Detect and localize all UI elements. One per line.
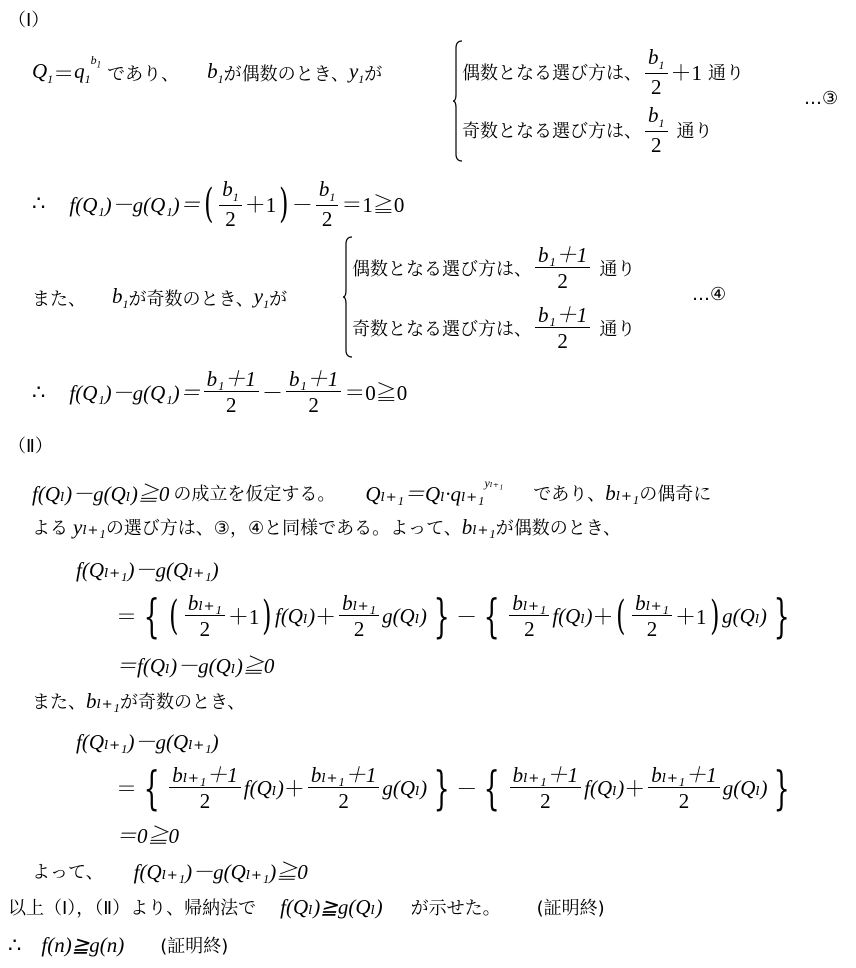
- text: が: [364, 60, 382, 86]
- section-1-line-2: ∴ f(Q₁)－g(Q₁)＝ ( b1 2 ＋1 ) － b1 2 ＝1≧0: [32, 178, 404, 230]
- right-brace: }: [433, 593, 449, 639]
- math-expr: g(Qₗ): [382, 776, 427, 801]
- fraction: b₁＋1 2: [204, 368, 259, 416]
- equation-ref-4: …④: [692, 284, 726, 305]
- text: が奇数のとき、: [129, 285, 254, 311]
- text: が: [269, 285, 287, 311]
- text: 奇数となる選び方は、: [352, 315, 532, 341]
- text: 通り: [599, 315, 635, 341]
- fraction: bₗ₊₁＋12: [308, 764, 379, 812]
- math-y1: y1: [254, 284, 269, 312]
- section-1-line-3: また、 b1 が奇数のとき、 y1 が: [32, 284, 287, 312]
- fraction: b₁＋1 2: [535, 244, 590, 292]
- math-expr: f(Qₗ): [552, 604, 592, 629]
- right-paren: ): [262, 596, 271, 636]
- math-result: ＝0≧0: [344, 377, 407, 407]
- text: 通り: [599, 255, 635, 281]
- left-brace: {: [144, 593, 160, 639]
- text: が偶数のとき、: [496, 514, 621, 540]
- text: ＋: [624, 773, 645, 803]
- right-brace: }: [434, 765, 450, 811]
- math-expr: f(Qₗ₊₁)－g(Qₗ₊₁)≧0: [134, 856, 308, 886]
- text: であり、: [533, 480, 605, 506]
- therefore-symbol: ∴: [8, 933, 21, 958]
- text: であり、: [107, 60, 179, 86]
- case-even-2: 偶数となる選び方は、 b₁＋1 2 通り: [352, 244, 635, 292]
- math-expr: f(Qₗ): [244, 776, 284, 801]
- proof-end-mark: (証明終): [537, 894, 605, 920]
- text: ＝: [116, 601, 137, 631]
- text: の選び方は、③，④と同様である。よって、: [106, 514, 462, 540]
- odd-case-lhs: f(Qₗ₊₁)－g(Qₗ₊₁): [76, 726, 219, 756]
- math-expr: g(Qₗ): [723, 776, 768, 801]
- math-expr: bₗ₊₁: [86, 689, 120, 714]
- section-1-line-4: ∴ f(Q₁)－g(Q₁)＝ b₁＋1 2 － b₁＋1 2 ＝0≧0: [32, 368, 407, 416]
- text: の偶奇に: [639, 480, 711, 506]
- math-b1: b1: [207, 59, 224, 87]
- math-y1: y1: [349, 59, 364, 87]
- section-1-line-1: Q1 ＝ q1b1 であり、 b1 が偶数のとき、 y1 が: [32, 58, 382, 88]
- math-b1: b1: [112, 284, 129, 312]
- section-2-label: （Ⅱ）: [8, 432, 53, 458]
- fraction: bₗ₊₁＋12: [169, 764, 240, 812]
- left-brace: {: [144, 765, 160, 811]
- section-2-conclusion: よって、 f(Qₗ₊₁)－g(Qₗ₊₁)≧0: [32, 856, 308, 886]
- equals: ＝: [53, 58, 74, 88]
- fraction: b1 2: [316, 178, 339, 230]
- left-brace: {: [484, 593, 500, 639]
- text: が示せた。: [411, 894, 501, 920]
- text: 以上（Ⅰ），（Ⅱ）より、帰納法で: [8, 894, 256, 920]
- left-paren: (: [617, 596, 626, 636]
- odd-case-expansion: ＝ { bₗ₊₁＋12 f(Qₗ) ＋ bₗ₊₁＋12 g(Qₗ) } － { …: [116, 764, 797, 812]
- text: また、: [32, 285, 86, 311]
- fraction: b₁＋1 2: [286, 368, 341, 416]
- fraction: b1 2: [645, 46, 668, 98]
- right-paren: ): [279, 184, 288, 224]
- text: よって、: [32, 858, 104, 884]
- text: ＝: [116, 773, 137, 803]
- right-brace: }: [774, 765, 790, 811]
- text: －: [456, 601, 477, 631]
- right-paren: ): [710, 596, 719, 636]
- text: ＋1: [671, 57, 703, 87]
- math-expr: yₗ₊₁: [73, 515, 106, 540]
- text: よる: [32, 514, 68, 540]
- text: －: [262, 377, 283, 407]
- math-expr: f(Qₗ): [275, 604, 315, 629]
- fraction: b1 2: [219, 178, 242, 230]
- text: 偶数となる選び方は、: [352, 255, 532, 281]
- even-case-result: ＝f(Qₗ)－g(Qₗ)≧0: [116, 650, 274, 680]
- therefore-symbol: ∴: [32, 191, 45, 216]
- fraction: b1 2: [645, 104, 668, 156]
- math-expr: f(Q₁)－g(Q₁)＝: [69, 189, 200, 219]
- final-line-2: ∴ f(n)≧g(n) (証明終): [8, 932, 228, 958]
- even-case-lhs: f(Qₗ₊₁)－g(Qₗ₊₁): [76, 554, 219, 584]
- math-expr: Qₗ₊₁＝Qₗ·qₗ₊₁: [365, 478, 484, 508]
- text: ＋1: [228, 601, 260, 631]
- text: の成立を仮定する。: [173, 480, 335, 506]
- text: 通り: [677, 117, 713, 143]
- math-expr: g(Qₗ): [382, 604, 427, 629]
- text: ＋1: [675, 601, 707, 631]
- fraction: bₗ₊₁2: [632, 592, 672, 640]
- text: －: [456, 773, 477, 803]
- text: ＋: [315, 601, 336, 631]
- fraction: bₗ₊₁2: [509, 592, 549, 640]
- text: が奇数のとき、: [120, 688, 245, 714]
- left-paren: (: [204, 184, 213, 224]
- case-even-1: 偶数となる選び方は、 b1 2 ＋1 通り: [462, 46, 744, 98]
- text: 偶数となる選び方は、: [462, 59, 642, 85]
- math-expr: f(Q₁)－g(Q₁)＝: [69, 377, 200, 407]
- left-paren: (: [169, 596, 178, 636]
- odd-case-intro: また、 bₗ₊₁ が奇数のとき、: [32, 688, 245, 714]
- math-expr: f(Qₗ): [584, 776, 624, 801]
- fraction: bₗ₊₁2: [185, 592, 225, 640]
- text: が偶数のとき、: [224, 60, 349, 86]
- fraction: bₗ₊₁2: [339, 592, 379, 640]
- text: ＋: [592, 601, 613, 631]
- math-q1-power: q1b1: [74, 59, 101, 87]
- math-expr: f(Qₗ)≧g(Qₗ): [280, 895, 382, 920]
- text: 通り: [708, 59, 744, 85]
- text: ＋: [284, 773, 305, 803]
- text: －: [292, 189, 313, 219]
- even-case-expansion: ＝ { ( bₗ₊₁2 ＋1 ) f(Qₗ) ＋ bₗ₊₁2 g(Qₗ) } －…: [116, 592, 796, 640]
- fraction: b₁＋1 2: [535, 304, 590, 352]
- case-odd-2: 奇数となる選び方は、 b₁＋1 2 通り: [352, 304, 635, 352]
- left-brace: {: [484, 765, 500, 811]
- math-result: ＝1≧0: [341, 189, 404, 219]
- odd-case-result: ＝0≧0: [116, 820, 179, 850]
- math-expr: g(Qₗ): [722, 604, 767, 629]
- math-superscript: yₗ₊₁: [484, 476, 503, 491]
- fraction: bₗ₊₁＋12: [510, 764, 581, 812]
- equation-ref-3: …③: [804, 88, 838, 109]
- math-expr: bₗ₊₁: [462, 515, 496, 540]
- section-2-para-2: よる yₗ₊₁ の選び方は、③，④と同様である。よって、 bₗ₊₁ が偶数のとき…: [32, 514, 621, 540]
- final-line-1: 以上（Ⅰ），（Ⅱ）より、帰納法で f(Qₗ)≧g(Qₗ) が示せた。 (証明終): [8, 894, 605, 920]
- math-Q1: Q1: [32, 59, 53, 87]
- text: ＋1: [245, 189, 277, 219]
- math-expr: f(Qₗ)－g(Qₗ)≧0: [32, 478, 169, 508]
- math-expr: bₗ₊₁: [605, 481, 639, 506]
- right-brace: }: [773, 593, 789, 639]
- text: 奇数となる選び方は、: [462, 117, 642, 143]
- section-1-label: （Ⅰ）: [8, 6, 49, 32]
- text: また、: [32, 688, 86, 714]
- math-expr: f(n)≧g(n): [41, 933, 124, 958]
- proof-end-mark: (証明終): [160, 932, 228, 958]
- therefore-symbol: ∴: [32, 380, 45, 405]
- case-odd-1: 奇数となる選び方は、 b1 2 通り: [462, 104, 713, 156]
- section-2-para-1: f(Qₗ)－g(Qₗ)≧0 の成立を仮定する。 Qₗ₊₁＝Qₗ·qₗ₊₁ yₗ₊…: [32, 478, 711, 508]
- fraction: bₗ₊₁＋12: [648, 764, 719, 812]
